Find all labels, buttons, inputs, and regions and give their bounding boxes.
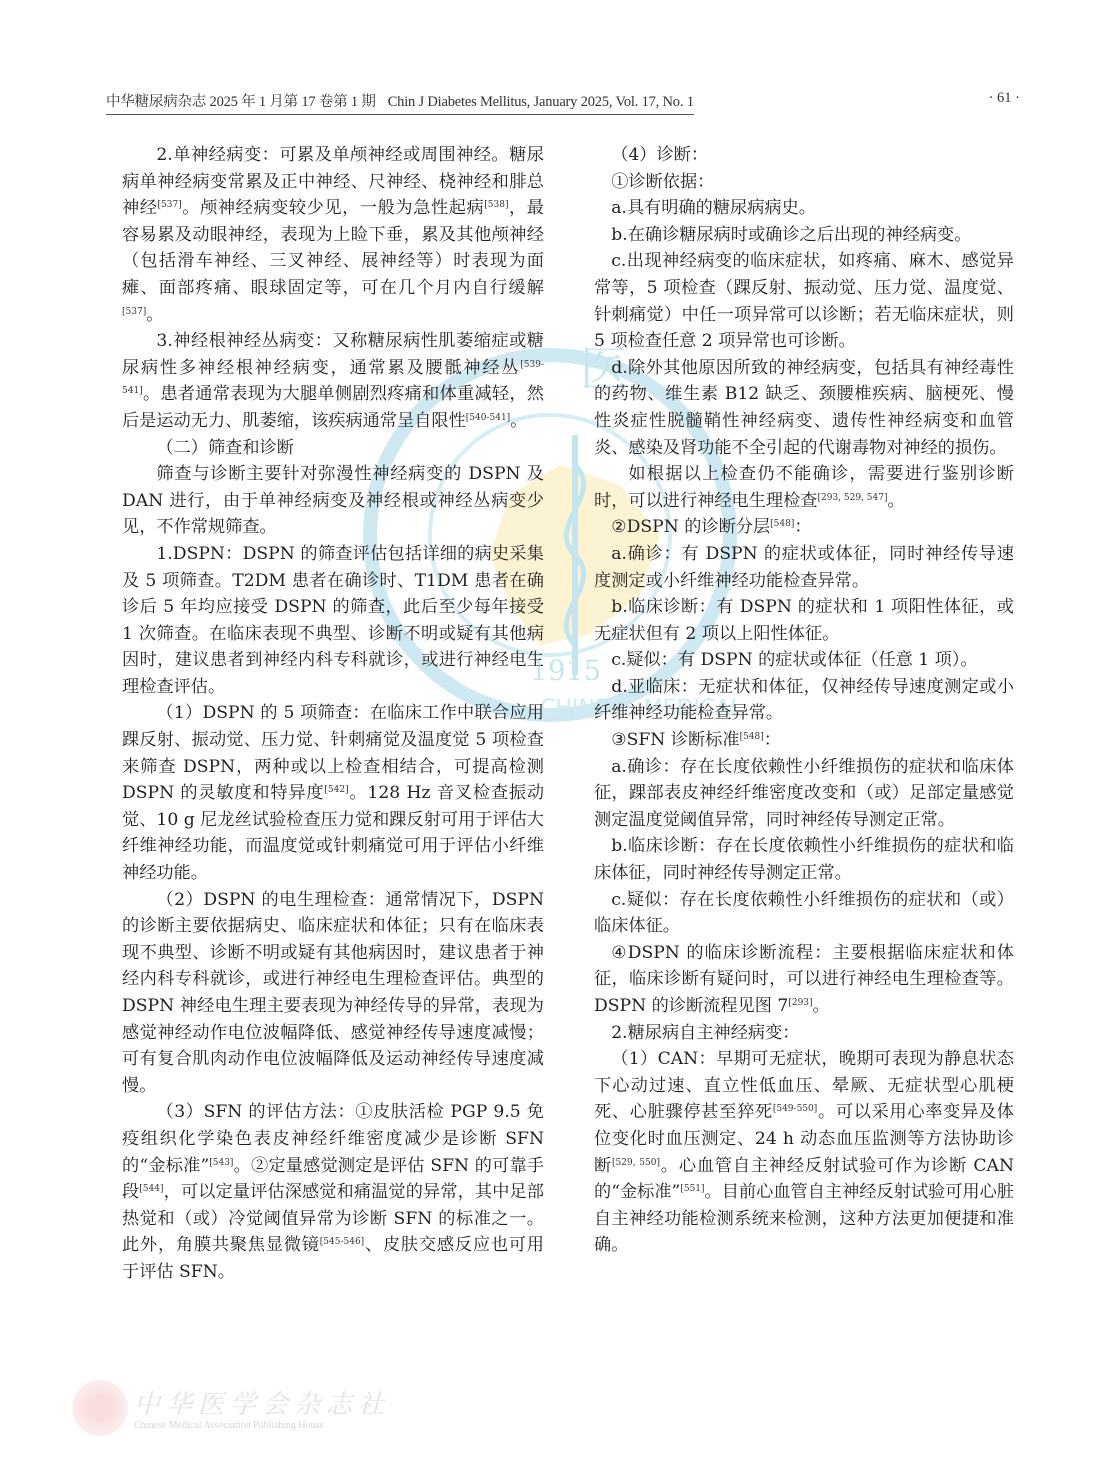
paragraph-mononeuropathy: 2.单神经病变：可累及单颅神经或周围神经。糖尿病单神经病变常累及正中神经、尺神经… <box>122 142 544 328</box>
heading-diagnostic-basis: ①诊断依据： <box>594 169 1014 196</box>
publisher-name-en: Chinese Medical Association Publishing H… <box>134 1420 324 1431</box>
paragraph-can: （1）CAN：早期可无症状，晚期可表现为静息状态下心动过速、直立性低血压、晕厥、… <box>594 1046 1014 1259</box>
paragraph-radiculoplexus: 3.神经根神经丛病变：又称糖尿病性肌萎缩症或糖尿病性多神经根神经病变，通常累及腰… <box>122 328 544 434</box>
sfn-criterion-b: b.临床诊断：存在长度依赖性小纤维损伤的症状和临床体征，同时神经传导测定正常。 <box>594 833 1014 886</box>
criterion-b: b.在确诊糖尿病时或确诊之后出现的神经病变。 <box>594 222 1014 249</box>
sfn-criterion-c: c.疑似：存在长度依赖性小纤维损伤的症状和（或）临床体征。 <box>594 887 1014 940</box>
journal-title-cn: 中华糖尿病杂志 2025 年 1 月第 17 卷第 1 期 <box>106 94 376 110</box>
stratification-a: a.确诊：有 DSPN 的症状或体征，同时神经传导速度测定或小纤维神经功能检查异… <box>594 541 1014 594</box>
paragraph-dspn-flow: ④DSPN 的临床诊断流程：主要根据临床症状和体征，临床诊断有疑问时，可以进行神… <box>594 940 1014 1020</box>
criterion-a: a.具有明确的糖尿病病史。 <box>594 195 1014 222</box>
stratification-b: b.临床诊断：有 DSPN 的症状和 1 项阳性体征，或无症状但有 2 项以上阳… <box>594 594 1014 647</box>
running-header: 中华糖尿病杂志 2025 年 1 月第 17 卷第 1 期Chin J Diab… <box>106 90 1020 116</box>
paragraph-dspn-electrophysiology: （2）DSPN 的电生理检查：通常情况下，DSPN 的诊断主要依据病史、临床症状… <box>122 887 544 1100</box>
journal-title-en: Chin J Diabetes Mellitus, January 2025, … <box>388 94 694 110</box>
sfn-criterion-a: a.确诊：存在长度依赖性小纤维损伤的症状和临床体征，踝部表皮神经纤维密度改变和（… <box>594 754 1014 834</box>
stratification-c: c.疑似：有 DSPN 的症状或体征（任意 1 项）。 <box>594 647 1014 674</box>
publisher-logo: 中华医学会杂志社 Chinese Medical Association Pub… <box>72 1380 432 1440</box>
heading-autonomic-neuropathy: 2.糖尿病自主神经病变： <box>594 1020 1014 1047</box>
right-column: （4）诊断： ①诊断依据： a.具有明确的糖尿病病史。 b.在确诊糖尿病时或确诊… <box>594 142 1014 1259</box>
stratification-d: d.亚临床：无症状和体征，仅神经传导速度测定或小纤维神经功能检查异常。 <box>594 674 1014 727</box>
heading-dspn-stratification: ②DSPN 的诊断分层[548]： <box>594 514 1014 541</box>
criterion-d: d.除外其他原因所致的神经病变，包括具有神经毒性的药物、维生素 B12 缺乏、颈… <box>594 355 1014 461</box>
criterion-c: c.出现神经病变的临床症状，如疼痛、麻木、感觉异常等，5 项检查（踝反射、振动觉… <box>594 248 1014 354</box>
paragraph-dspn-5-screens: （1）DSPN 的 5 项筛查：在临床工作中联合应用踝反射、振动觉、压力觉、针刺… <box>122 700 544 886</box>
section-heading-screening: （二）筛查和诊断 <box>122 435 544 462</box>
paragraph-dspn: 1.DSPN：DSPN 的筛查评估包括详细的病史采集及 5 项筛查。T2DM 患… <box>122 541 544 701</box>
publisher-name-cn: 中华医学会杂志社 <box>134 1384 390 1421</box>
paragraph-differential: 如根据以上检查仍不能确诊，需要进行鉴别诊断时，可以进行神经电生理检查[293, … <box>594 461 1014 514</box>
journal-citation: 中华糖尿病杂志 2025 年 1 月第 17 卷第 1 期Chin J Diab… <box>106 90 694 115</box>
heading-diagnosis: （4）诊断： <box>594 142 1014 169</box>
heading-sfn-criteria: ③SFN 诊断标准[548]： <box>594 727 1014 754</box>
paragraph-screening-intro: 筛查与诊断主要针对弥漫性神经病变的 DSPN 及 DAN 进行，由于单神经病变及… <box>122 461 544 541</box>
page-number: · 61 · <box>989 90 1020 107</box>
paragraph-sfn-assessment: （3）SFN 的评估方法：①皮肤活检 PGP 9.5 免疫组织化学染色表皮神经纤… <box>122 1099 544 1285</box>
left-column: 2.单神经病变：可累及单颅神经或周围神经。糖尿病单神经病变常累及正中神经、尺神经… <box>122 142 544 1286</box>
flower-logo-icon <box>72 1380 128 1436</box>
